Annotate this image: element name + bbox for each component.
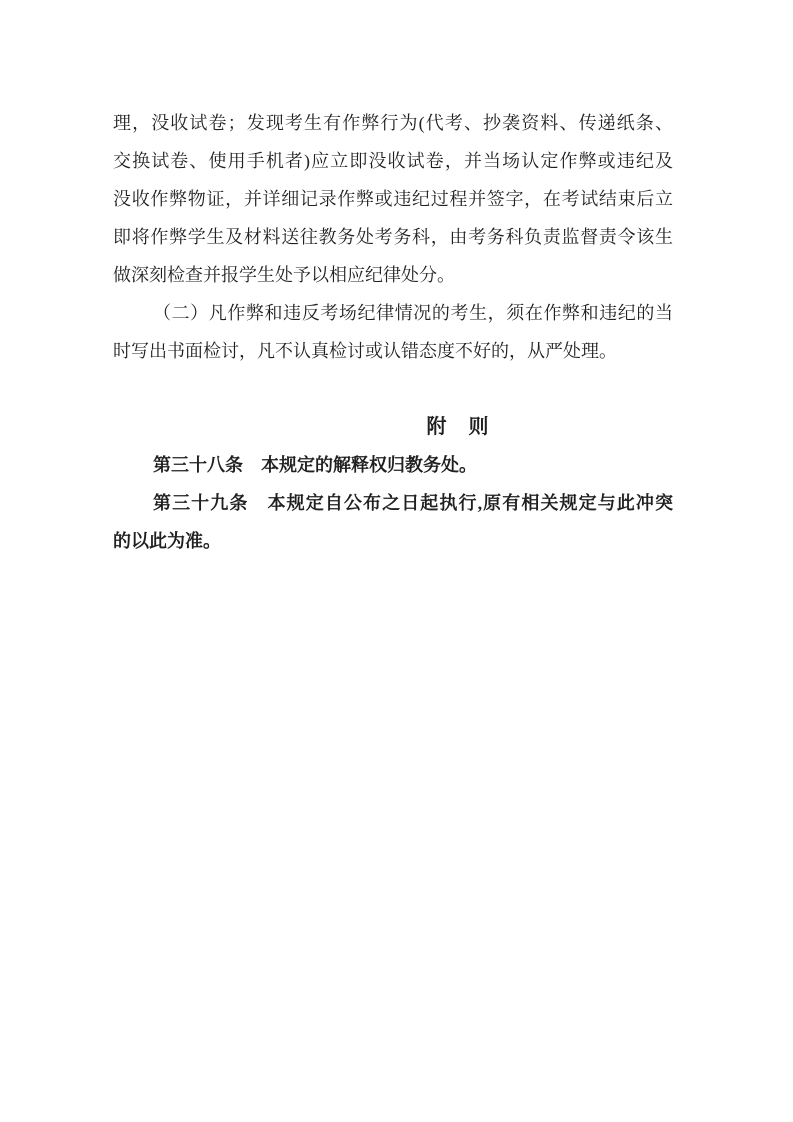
text-line: 即将作弊学生及材料送往教务处考务科，由考务科负责监督责令该生 [113,218,673,256]
text-line: 交换试卷、使用手机者)应立即没收试卷，并当场认定作弊或违纪及 [113,142,673,180]
document-body: 理，没收试卷；发现考生有作弊行为(代考、抄袭资料、传递纸条、 交换试卷、使用手机… [113,104,673,560]
text-line: （二）凡作弊和违反考场纪律情况的考生，须在作弊和违纪的当 [113,294,673,332]
article-line: 第三十九条 本规定自公布之日起执行,原有相关规定与此冲突 [113,484,673,522]
article-line: 的以此为准。 [113,522,673,560]
text-line: 时写出书面检讨，凡不认真检讨或认错态度不好的，从严处理。 [113,332,673,370]
text-line: 没收作弊物证，并详细记录作弊或违纪过程并签字，在考试结束后立 [113,180,673,218]
text-line: 理，没收试卷；发现考生有作弊行为(代考、抄袭资料、传递纸条、 [113,104,673,142]
blank-line [113,370,673,408]
document-page: 理，没收试卷；发现考生有作弊行为(代考、抄袭资料、传递纸条、 交换试卷、使用手机… [0,0,793,1122]
section-heading: 附 则 [113,408,673,446]
text-line: 做深刻检查并报学生处予以相应纪律处分。 [113,256,673,294]
article-line: 第三十八条 本规定的解释权归教务处。 [113,446,673,484]
